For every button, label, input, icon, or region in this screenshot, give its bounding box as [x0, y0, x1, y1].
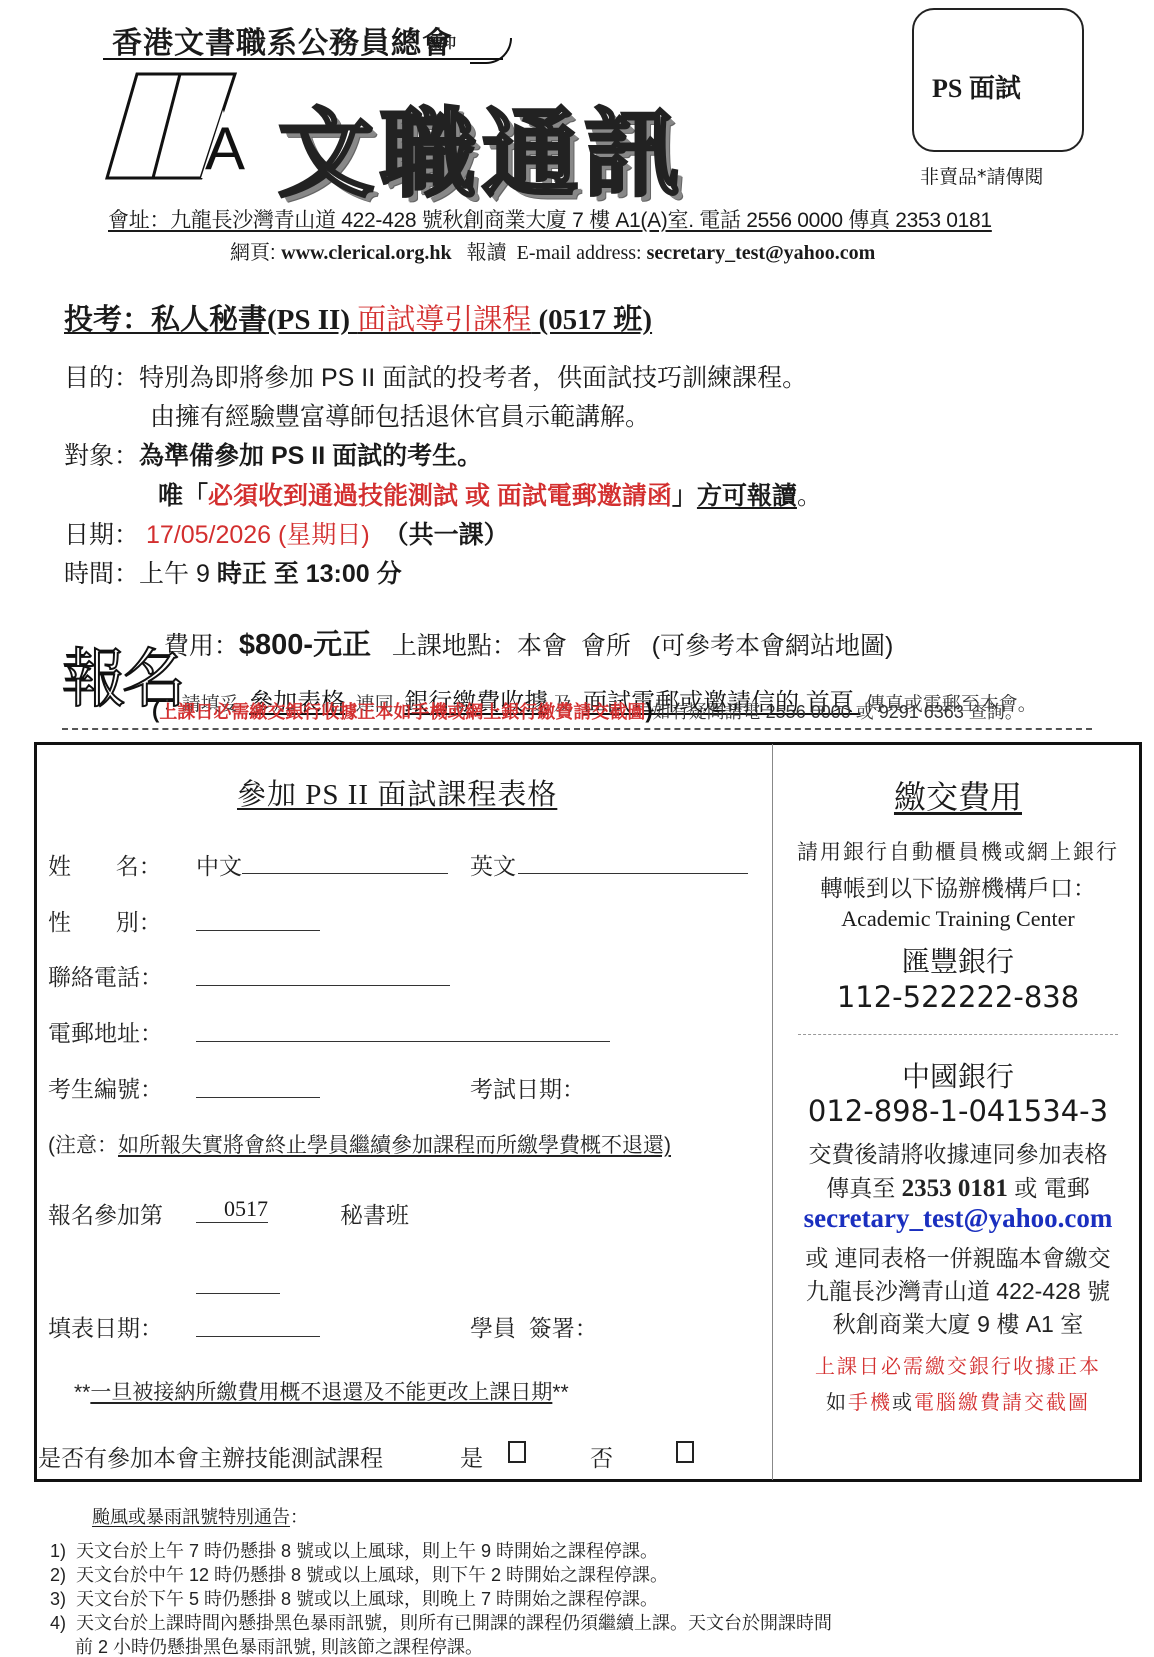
- association-address: 會址：九龍長沙灣青山道 422-428 號秋創商業大廈 7 樓 A1(A)室. …: [108, 204, 992, 234]
- course-title-suffix: (0517 班): [531, 304, 652, 336]
- refund-policy: **一旦被接納所繳費用概不退還及不能更改上課日期**: [74, 1376, 569, 1406]
- notice-title-text: 颱風或暴雨訊號特別通告: [92, 1507, 290, 1527]
- refund-stars: **: [74, 1381, 90, 1404]
- email-label: 報讀 E-mail address:: [452, 242, 647, 264]
- receipt-reminder-red: 上課日必需繳交銀行收據正本如手機或網上銀行繳費請交截圖: [159, 702, 645, 722]
- account-name: Academic Training Center: [774, 906, 1142, 932]
- refund-text: 一旦被接納所繳費用概不退還及不能更改上課日期: [90, 1381, 552, 1404]
- purpose-row: 目的：特別為即將參加 PS II 面試的投考者，供面試技巧訓練課程。: [64, 358, 807, 394]
- enroll-label: 報名參加第: [48, 1197, 163, 1230]
- payment-email-link[interactable]: secretary_test@yahoo.com: [774, 1203, 1142, 1234]
- reminder-text: 或: [892, 1390, 914, 1414]
- fee-amount: $800-元正: [239, 629, 371, 661]
- fax-prefix: 傳真至: [826, 1175, 901, 1201]
- signature-field[interactable]: [596, 1336, 736, 1337]
- quote-close: 」: [672, 482, 697, 510]
- exam-date-label: 考試日期：: [470, 1071, 585, 1104]
- reminder-text: 如: [826, 1390, 848, 1414]
- refund-stars: **: [552, 1381, 568, 1404]
- time-start: 上午 9: [139, 560, 217, 588]
- quote-open: 唯「: [158, 482, 208, 510]
- warning-prefix: (注意：: [48, 1134, 118, 1157]
- fill-date-label: 填表日期：: [48, 1310, 163, 1343]
- time-row: 時間：上午 9 時正 至 13:00 分: [64, 554, 402, 590]
- org-underline: [103, 58, 503, 60]
- target-label: 對象：: [64, 442, 139, 470]
- target-requirement: 唯「必須收到通過技能測試 或 面試電郵邀請函」方可報讀。: [158, 476, 822, 512]
- payment-address-line-1: 九龍長沙灣青山道 422-428 號: [774, 1273, 1142, 1306]
- fee-venue-row: 費用：$800-元正 上課地點：本會 會所 (可參考本會網站地圖): [150, 593, 893, 663]
- checkbox-icon: [676, 1441, 694, 1463]
- payment-title: 繳交費用: [774, 772, 1142, 818]
- fill-date-field[interactable]: [196, 1336, 320, 1337]
- exam-date-field[interactable]: [596, 1097, 736, 1098]
- notice-item: 1) 天文台於上午 7 時仍懸掛 8 號或以上風球，則上午 9 時開始之課程停課…: [50, 1537, 658, 1563]
- payment-instruction-red: 請用銀行自動櫃員機或網上銀行: [774, 836, 1142, 866]
- yes-checkbox[interactable]: [508, 1441, 526, 1463]
- target-row: 對象：為準備參加 PS II 面試的考生。: [64, 436, 482, 472]
- checkbox-icon: [508, 1441, 526, 1463]
- name-english-field[interactable]: [518, 873, 748, 874]
- name-chinese-field[interactable]: [242, 873, 448, 874]
- paren-close: ): [645, 698, 652, 723]
- course-title-prefix: 投考：私人秘書(PS II): [64, 304, 357, 336]
- purpose-line-1: 特別為即將參加 PS II 面試的投考者，供面試技巧訓練課程。: [139, 364, 807, 392]
- time-range: 時正 至 13:00 分: [217, 560, 402, 588]
- notice-item: 2) 天文台於中午 12 時仍懸掛 8 號或以上風球，則下午 2 時開始之課程停…: [50, 1561, 668, 1587]
- after-payment-instruction: 交費後請將收據連同參加表格: [774, 1136, 1142, 1169]
- original-receipt-reminder: 上課日必需繳交銀行收據正本: [774, 1350, 1142, 1379]
- newsletter-title: 文職通訊: [278, 78, 686, 215]
- candidate-number-field[interactable]: [196, 1097, 320, 1098]
- form-column-divider: [772, 744, 773, 1480]
- org-name: 香港文書職系公務員總會: [112, 18, 453, 62]
- payment-instruction: 轉帳到以下協辦機構戶口：: [774, 870, 1142, 903]
- class-name: 秘書班: [340, 1197, 409, 1230]
- cut-line-divider: [62, 728, 1092, 730]
- logo-letter: A: [205, 114, 245, 183]
- email-link[interactable]: secretary_test@yahoo.com: [647, 242, 876, 264]
- fax-number: 2353 0181: [902, 1175, 1008, 1202]
- enquiry-phone-text: 如有疑問請電 2556 0000 或 9291 6363 查詢。: [653, 702, 1023, 722]
- lesson-count: （共一課）: [370, 521, 509, 549]
- venue-label: 上課地點：本會 會所: [371, 632, 652, 660]
- purpose-label: 目的：: [64, 364, 139, 392]
- gender-field[interactable]: [196, 930, 320, 931]
- bank2-account: 012-898-1-041534-3: [774, 1094, 1142, 1128]
- no-label: 否: [590, 1440, 613, 1473]
- name-chinese-label: 中文: [196, 848, 242, 881]
- bank2-name: 中國銀行: [774, 1055, 1142, 1095]
- signature-label: 學員 簽署：: [470, 1310, 598, 1343]
- target-line-1: 為準備參加 PS II 面試的考生。: [139, 442, 482, 470]
- reminder-text-red: 手機: [848, 1390, 892, 1414]
- date-row: 日期： 17/05/2026 (星期日) （共一課）: [64, 515, 509, 551]
- email-label: 電郵地址：: [48, 1015, 163, 1048]
- skills-course-question: 是否有參加本會主辦技能測試課程: [38, 1440, 383, 1473]
- notice-item: 4) 天文台於上課時間內懸掛黑色暴雨訊號，則所有已開課的課程仍須繼續上課。天文台…: [50, 1609, 832, 1635]
- phone-field[interactable]: [196, 985, 450, 986]
- payment-address-line-2: 秋創商業大廈 9 樓 A1 室: [774, 1306, 1142, 1339]
- name-label: 姓 名：: [48, 848, 162, 881]
- org-underline-curve: [470, 38, 512, 64]
- period: 。: [797, 482, 822, 510]
- fax-suffix: 或 電郵: [1008, 1175, 1090, 1201]
- eligibility-text: 方可報讀: [697, 482, 797, 510]
- candidate-number-label: 考生編號：: [48, 1071, 163, 1104]
- no-checkbox[interactable]: [676, 1441, 694, 1463]
- course-title-highlight: 面試導引課程: [357, 304, 531, 336]
- course-date: 17/05/2026 (星期日): [139, 521, 370, 549]
- reminder-text-red: 電腦繳費請交截圖: [914, 1390, 1090, 1414]
- bank1-account: 112-522222-838: [774, 980, 1142, 1014]
- venue-note: (可參考本會網站地圖): [652, 632, 894, 660]
- bank1-name: 匯豐銀行: [774, 940, 1142, 980]
- date-label: 日期：: [64, 521, 139, 549]
- category-stamp-text: PS 面試: [932, 68, 1021, 105]
- warning-text: 如所報失實將會終止學員繼續參加課程而所繳學費概不退還): [118, 1134, 671, 1157]
- weather-notice-title: 颱風或暴雨訊號特別通告：: [92, 1503, 308, 1529]
- form-title: 參加 PS II 面試課程表格: [237, 772, 557, 813]
- course-title: 投考：私人秘書(PS II) 面試導引課程 (0517 班): [64, 297, 652, 338]
- time-label: 時間：: [64, 560, 139, 588]
- purpose-line-2: 由擁有經驗豐富導師包括退休官員示範講解。: [150, 397, 650, 433]
- notice-item: 3) 天文台於下午 5 時仍懸掛 8 號或以上風球，則晚上 7 時開始之課程停課…: [50, 1585, 658, 1611]
- in-person-payment: 或 連同表格一併親臨本會繳交: [774, 1240, 1142, 1273]
- yes-label: 是: [460, 1440, 483, 1473]
- extra-line: [196, 1293, 280, 1294]
- email-field[interactable]: [196, 1041, 610, 1042]
- phone-label: 聯絡電話：: [48, 959, 163, 992]
- org-edit-label: 編印: [428, 33, 456, 53]
- bank-divider: [798, 1034, 1118, 1035]
- association-logo: A: [105, 72, 265, 180]
- false-info-warning: (注意：如所報失實將會終止學員繼續參加課程而所繳學費概不退還): [48, 1129, 671, 1159]
- gender-label: 性 別：: [48, 904, 162, 937]
- web-label: 網頁:: [230, 242, 281, 264]
- website-link[interactable]: www.clerical.org.hk: [281, 242, 452, 264]
- name-english-label: 英文: [470, 848, 516, 881]
- signup-reminder: (上課日必需繳交銀行收據正本如手機或網上銀行繳費請交截圖)如有疑問請電 2556…: [152, 698, 1023, 724]
- notice-item: 前 2 小時仍懸掛黑色暴雨訊號, 則該節之課程停課。: [50, 1633, 483, 1657]
- contact-web-email: 網頁: www.clerical.org.hk 報讀 E-mail addres…: [230, 236, 875, 265]
- screenshot-reminder: 如手機或電腦繳費請交截圖: [774, 1386, 1142, 1415]
- class-number-field[interactable]: 0517: [196, 1196, 268, 1223]
- requirement-red-text: 必須收到通過技能測試 或 面試電郵邀請函: [208, 482, 672, 510]
- notice-colon: ：: [290, 1507, 308, 1527]
- not-for-sale-note: 非賣品*請傳閱: [920, 162, 1044, 189]
- fax-instruction: 傳真至 2353 0181 或 電郵: [774, 1170, 1142, 1203]
